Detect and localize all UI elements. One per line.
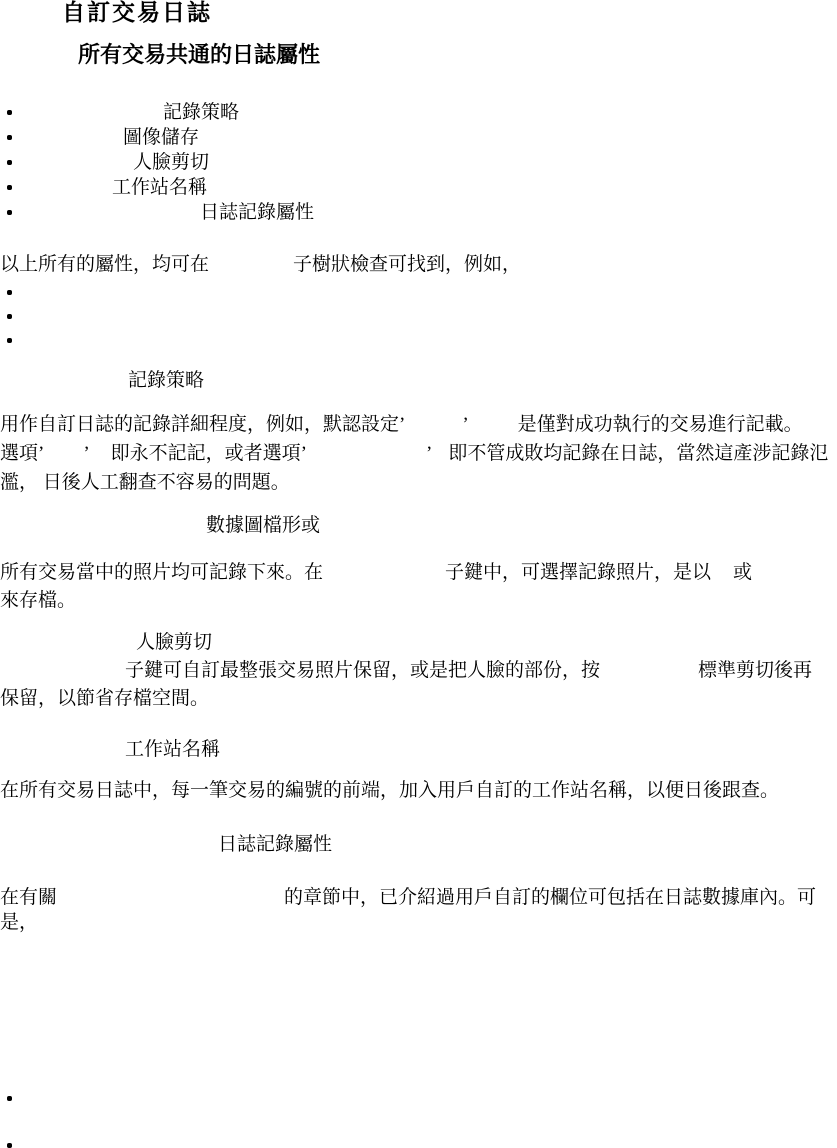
section-heading-face-crop: 人臉剪切	[136, 630, 212, 655]
text-segment: 選項’	[0, 443, 44, 464]
paragraph-line: 來存檔。	[0, 588, 837, 613]
text-segment: 的章節中，已介紹過用戶自訂的欄位可包括在日誌數據庫內。可	[284, 887, 816, 908]
list-item-label: 圖像儲存	[123, 125, 199, 150]
section-heading-workstation-name: 工作站名稱	[125, 737, 220, 762]
quote-mark: ’	[426, 443, 432, 464]
missing-text-gap	[209, 269, 293, 270]
missing-text-gap	[323, 577, 445, 578]
paragraph-line: 在有關的章節中，已介紹過用戶自訂的欄位可包括在日誌數據庫內。可	[0, 885, 837, 910]
list-item-label: 記錄策略	[163, 100, 239, 125]
text-segment: 所有交易當中的照片均可記錄下來。在	[0, 562, 323, 583]
text-segment: 標準剪切後再	[698, 660, 812, 681]
text-segment: 保留，以節省存檔空間。	[0, 688, 209, 709]
missing-text-gap	[57, 902, 284, 903]
text-segment: 子鍵可自訂最整張交易照片保留，或是把人臉的部份，按	[125, 660, 600, 681]
list-item-label: 日誌記錄屬性	[200, 200, 314, 225]
bullet-icon	[7, 185, 12, 190]
document-page: 自訂交易日誌 所有交易共通的日誌屬性 記錄策略 圖像儲存 人臉剪切 工作站名稱 …	[0, 0, 837, 1148]
missing-text-gap	[307, 458, 426, 459]
text-segment: 即不管成敗均記錄在日誌，當然這產涉記錄氾	[448, 443, 828, 464]
quote-mark: ’	[462, 414, 468, 435]
text-segment: 在有關	[0, 887, 57, 908]
bullet-icon	[7, 210, 12, 215]
bullet-icon	[7, 338, 12, 343]
missing-text-gap	[44, 458, 83, 459]
missing-text-gap	[90, 458, 111, 459]
missing-text-gap	[432, 458, 448, 459]
text-segment: 在所有交易日誌中，每一筆交易的編號的前端，加入用戶自訂的工作站名稱，以便日後跟查…	[0, 780, 779, 801]
missing-text-gap	[711, 577, 733, 578]
bullet-icon	[7, 290, 12, 295]
section-heading-log-record-attributes: 日誌記錄屬性	[218, 832, 332, 857]
bullet-icon	[7, 1096, 12, 1101]
bullet-icon	[7, 314, 12, 319]
text-segment: 子樹狀檢查可找到，例如，	[293, 254, 521, 275]
text-segment: 子鍵中，可選擇記錄照片，是以	[445, 562, 711, 583]
paragraph-line: 選項’’即永不記記，或者選項’’即不管成敗均記錄在日誌，當然這產涉記錄氾	[0, 441, 837, 466]
paragraph-intro: 以上所有的屬性，均可在子樹狀檢查可找到，例如，	[0, 252, 837, 277]
paragraph-line: 是，	[0, 910, 837, 935]
text-segment: 即永不記記，或者選項’	[111, 443, 307, 464]
text-segment: 是僅對成功執行的交易進行記載。	[518, 414, 803, 435]
list-item-label: 人臉剪切	[133, 150, 209, 175]
paragraph-line: 用作自訂日誌的記錄詳細程度，例如，默認設定’’是僅對成功執行的交易進行記載。	[0, 412, 837, 437]
bullet-icon	[7, 135, 12, 140]
text-segment: 是，	[0, 912, 38, 933]
section-heading-record-policy: 記錄策略	[128, 368, 204, 393]
page-title: 自訂交易日誌	[62, 0, 837, 26]
bullet-icon	[7, 1143, 12, 1148]
missing-text-gap	[600, 675, 698, 676]
missing-text-gap	[0, 675, 125, 676]
list-item-label: 工作站名稱	[112, 175, 207, 200]
bullet-icon	[7, 160, 12, 165]
paragraph-line: 子鍵可自訂最整張交易照片保留，或是把人臉的部份，按標準剪切後再	[0, 658, 837, 683]
paragraph-workstation-name: 在所有交易日誌中，每一筆交易的編號的前端，加入用戶自訂的工作站名稱，以便日後跟查…	[0, 778, 837, 803]
text-segment: 來存檔。	[0, 590, 76, 611]
quote-mark: ’	[83, 443, 89, 464]
text-segment: 或	[733, 562, 752, 583]
bullet-icon	[7, 110, 12, 115]
text-segment: 以上所有的屬性，均可在	[0, 254, 209, 275]
text-segment: 用作自訂日誌的記錄詳細程度，例如，默認設定’	[0, 414, 405, 435]
paragraph-line: 濫， 日後人工翻查不容易的問題。	[0, 470, 837, 495]
section-title-common-log-attributes: 所有交易共通的日誌屬性	[78, 42, 837, 68]
text-segment: 濫， 日後人工翻查不容易的問題。	[0, 472, 290, 493]
paragraph-line: 保留，以節省存檔空間。	[0, 686, 837, 711]
section-heading-image-storage: 數據圖檔形或	[206, 513, 320, 538]
missing-text-gap	[405, 429, 462, 430]
missing-text-gap	[469, 429, 518, 430]
paragraph-line: 所有交易當中的照片均可記錄下來。在子鍵中，可選擇記錄照片，是以或	[0, 560, 837, 585]
